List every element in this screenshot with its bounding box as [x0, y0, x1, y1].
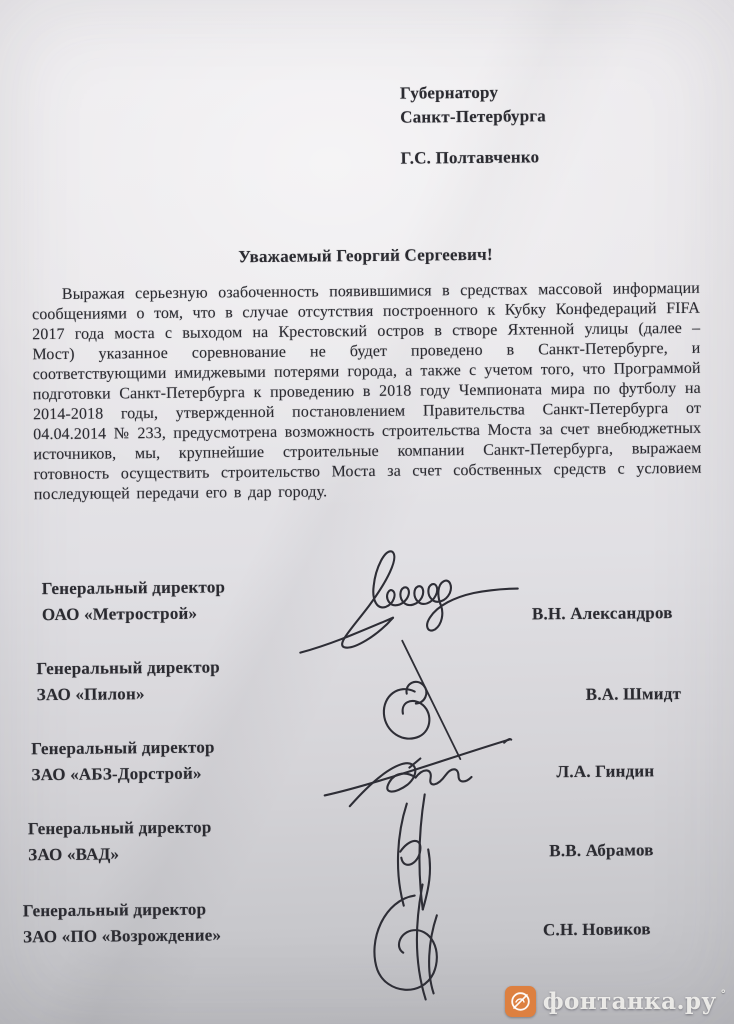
signatory-3-title: Генеральный директор ЗАО «АБЗ-Дорстрой» — [31, 734, 215, 788]
signatory-1-title: Генеральный директор ОАО «Метрострой» — [42, 574, 226, 628]
recipient-title: Губернатору — [400, 80, 546, 105]
signatory-4-position: Генеральный директор — [28, 815, 212, 843]
signature-novikov — [357, 881, 473, 1002]
fontanka-logo-icon — [505, 986, 536, 1017]
signatory-3-name: Л.А. Гиндин — [556, 761, 654, 782]
letter-body: Выражая серьезную озабоченность появивши… — [32, 279, 702, 505]
watermark-trademark: ° — [721, 988, 727, 1001]
signatory-1-name: В.Н. Александров — [532, 603, 673, 624]
signatory-2-title: Генеральный директор ЗАО «Пилон» — [36, 654, 220, 708]
signatory-2-company: ЗАО «Пилон» — [37, 680, 221, 708]
recipient-block: Губернатору Санкт-Петербурга Г.С. Полтав… — [400, 80, 547, 170]
recipient-city: Санкт-Петербурга — [400, 104, 546, 129]
letter-photo: Губернатору Санкт-Петербурга Г.С. Полтав… — [0, 0, 734, 1024]
signatory-5-position: Генеральный директор — [23, 896, 221, 924]
signatory-2-name: В.А. Шмидт — [586, 684, 682, 705]
signatory-4-name: В.В. Абрамов — [549, 840, 653, 861]
salutation: Уважаемый Георгий Сергеевич! — [0, 242, 733, 269]
signatory-5-company: ЗАО «ПО «Возрождение» — [23, 922, 221, 950]
letter-content: Губернатору Санкт-Петербурга Г.С. Полтав… — [0, 0, 734, 1024]
signatory-1-company: ОАО «Метрострой» — [42, 600, 226, 628]
signatory-1-position: Генеральный директор — [42, 574, 226, 602]
signatory-5-title: Генеральный директор ЗАО «ПО «Возрождени… — [23, 896, 222, 950]
signatory-4-title: Генеральный директор ЗАО «ВАД» — [28, 815, 212, 869]
signatory-2-position: Генеральный директор — [36, 654, 220, 682]
signatory-4-company: ЗАО «ВАД» — [28, 841, 212, 869]
signatory-3-position: Генеральный директор — [31, 734, 215, 762]
watermark-site-name: фонтанка.ру — [543, 990, 717, 1013]
watermark: фонтанка.ру ° — [505, 986, 726, 1017]
signatory-5-name: С.Н. Новиков — [543, 919, 651, 940]
recipient-name: Г.С. Полтавченко — [400, 145, 546, 170]
signatory-3-company: ЗАО «АБЗ-Дорстрой» — [31, 760, 215, 788]
